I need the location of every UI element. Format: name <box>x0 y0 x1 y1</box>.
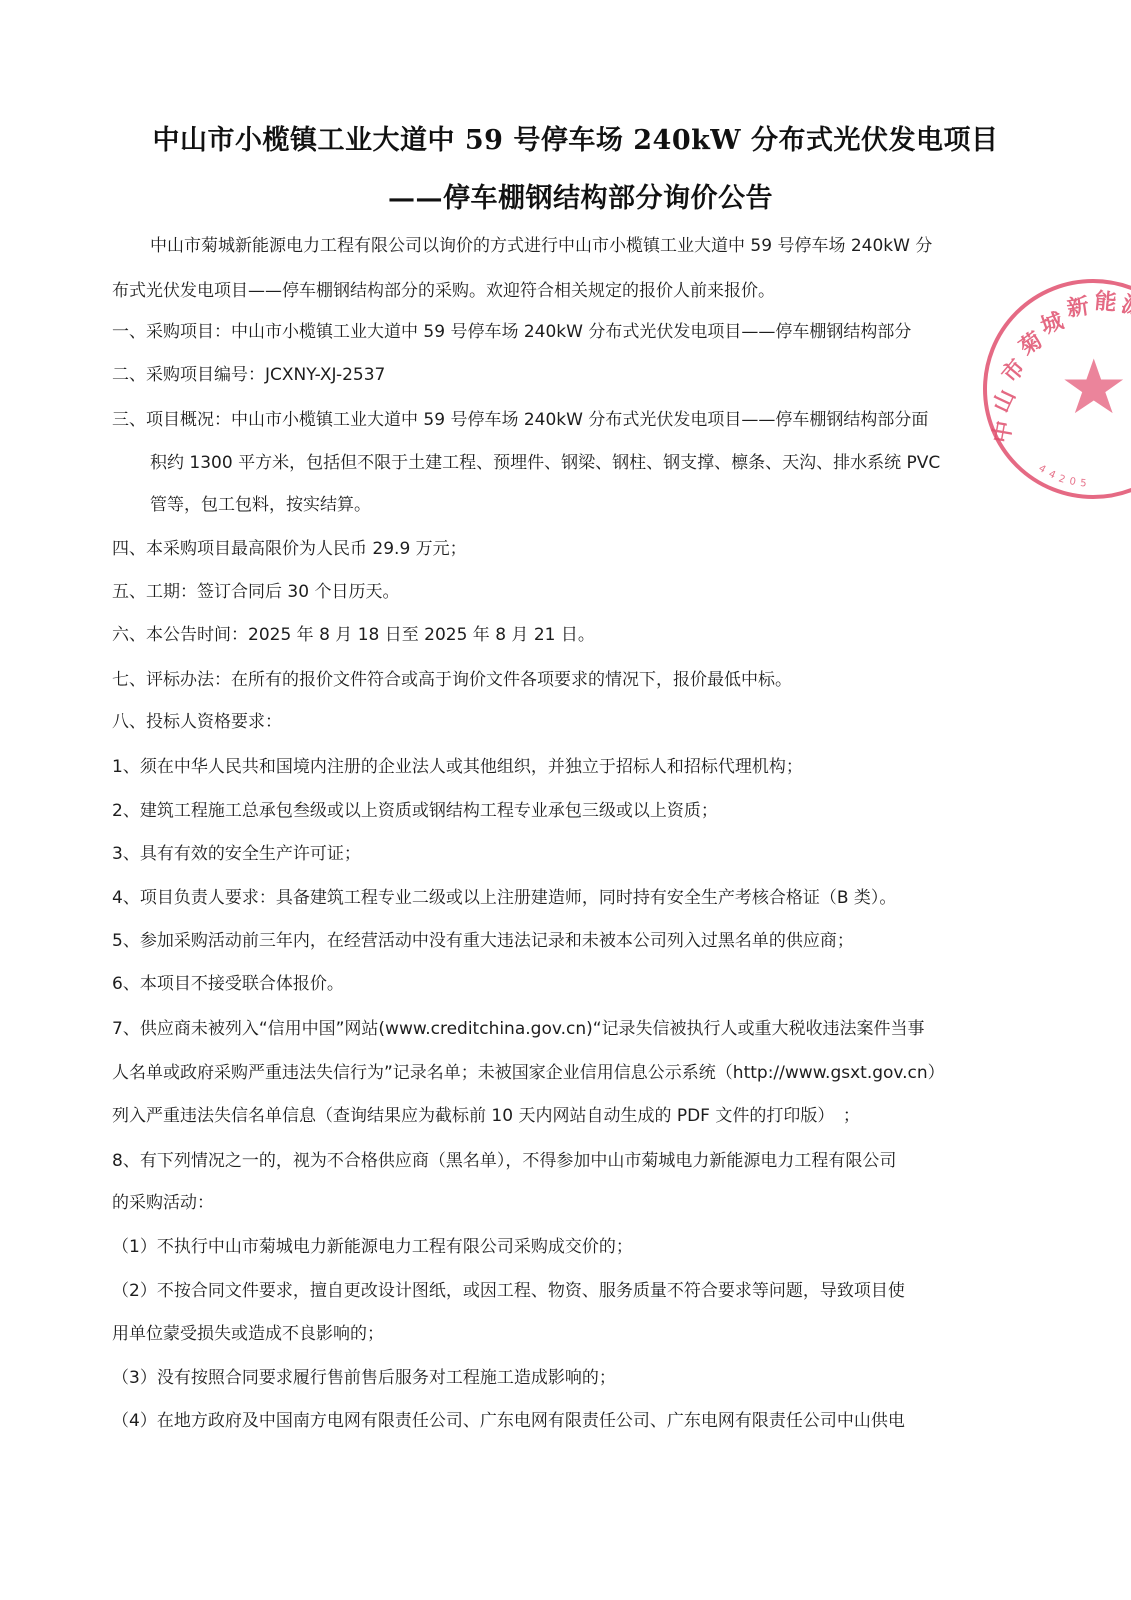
section-project-overview-line3: 管等，包工包料，按实结算。 <box>150 493 371 517</box>
blacklist-condition-2-line1: （2）不按合同文件要求，擅自更改设计图纸，或因工程、物资、服务质量不符合要求等问… <box>112 1279 905 1303</box>
requirement-8-line1: 8、有下列情况之一的，视为不合格供应商（黑名单），不得参加中山市菊城电力新能源电… <box>112 1149 896 1173</box>
document-title-line2: ——停车棚钢结构部分询价公告 <box>0 176 1131 215</box>
svg-text:能: 能 <box>1093 288 1117 316</box>
blacklist-condition-3: （3）没有按照合同要求履行售前售后服务对工程施工造成影响的； <box>112 1366 616 1390</box>
svg-text:市: 市 <box>997 354 1031 388</box>
requirement-5: 5、参加采购活动前三年内，在经营活动中没有重大违法记录和未被本公司列入过黑名单的… <box>112 929 854 953</box>
svg-text:中: 中 <box>988 419 1017 445</box>
document-title-line1: 中山市小榄镇工业大道中 59 号停车场 240kW 分布式光伏发电项目 <box>0 118 1131 157</box>
section-bidder-qualifications: 八、投标人资格要求： <box>112 710 282 734</box>
requirement-1: 1、须在中华人民共和国境内注册的企业法人或其他组织，并独立于招标人和招标代理机构… <box>112 755 803 779</box>
section-project-overview-line1: 三、项目概况：中山市小榄镇工业大道中 59 号停车场 240kW 分布式光伏发电… <box>112 408 928 432</box>
requirement-8-line2: 的采购活动： <box>112 1191 214 1215</box>
blacklist-condition-2-line2: 用单位蒙受损失或造成不良影响的； <box>112 1322 384 1346</box>
seal-icon: 中 山 市 菊 城 新 能 源 4 4 2 0 5 <box>978 274 1131 504</box>
svg-text:城: 城 <box>1037 308 1067 340</box>
svg-text:源: 源 <box>1118 291 1131 323</box>
intro-paragraph-line1: 中山市菊城新能源电力工程有限公司以询价的方式进行中山市小榄镇工业大道中 59 号… <box>150 234 932 258</box>
svg-text:4: 4 <box>1037 463 1048 476</box>
blacklist-condition-4: （4）在地方政府及中国南方电网有限责任公司、广东电网有限责任公司、广东电网有限责… <box>112 1409 905 1433</box>
section-project-overview-line2: 积约 1300 平方米，包括但不限于土建工程、预埋件、钢梁、钢柱、钢支撑、檩条、… <box>150 451 940 475</box>
svg-text:山: 山 <box>988 386 1021 417</box>
requirement-6: 6、本项目不接受联合体报价。 <box>112 972 344 996</box>
svg-text:0: 0 <box>1068 476 1076 488</box>
intro-paragraph-line2: 布式光伏发电项目——停车棚钢结构部分的采购。欢迎符合相关规定的报价人前来报价。 <box>112 279 775 303</box>
section-procurement-item: 一、采购项目：中山市小榄镇工业大道中 59 号停车场 240kW 分布式光伏发电… <box>112 320 911 344</box>
blacklist-condition-1: （1）不执行中山市菊城电力新能源电力工程有限公司采购成交价的； <box>112 1235 633 1259</box>
requirement-7-line2: 人名单或政府采购严重违法失信行为”记录名单；未被国家企业信用信息公示系统（htt… <box>112 1061 945 1085</box>
requirement-7-line3: 列入严重违法失信名单信息（查询结果应为截标前 10 天内网站自动生成的 PDF … <box>112 1104 860 1128</box>
requirement-3: 3、具有有效的安全生产许可证； <box>112 842 361 866</box>
svg-text:4: 4 <box>1047 469 1057 482</box>
requirement-2: 2、建筑工程施工总承包叁级或以上资质或钢结构工程专业承包三级或以上资质； <box>112 799 718 823</box>
svg-text:2: 2 <box>1057 473 1066 485</box>
section-announcement-period: 六、本公告时间：2025 年 8 月 18 日至 2025 年 8 月 21 日… <box>112 623 595 647</box>
svg-text:5: 5 <box>1080 478 1087 489</box>
section-procurement-number: 二、采购项目编号：JCXNY-XJ-2537 <box>112 363 385 387</box>
document-page: 中山市小榄镇工业大道中 59 号停车场 240kW 分布式光伏发电项目 ——停车… <box>0 0 1131 1600</box>
section-evaluation-method: 七、评标办法：在所有的报价文件符合或高于询价文件各项要求的情况下，报价最低中标。 <box>112 668 792 692</box>
requirement-7-line1: 7、供应商未被列入“信用中国”网站(www.creditchina.gov.cn… <box>112 1017 925 1041</box>
section-duration: 五、工期：签订合同后 30 个日历天。 <box>112 580 399 604</box>
section-price-cap: 四、本采购项目最高限价为人民币 29.9 万元； <box>112 537 467 561</box>
svg-text:新: 新 <box>1065 293 1090 322</box>
company-seal-stamp: 中 山 市 菊 城 新 能 源 4 4 2 0 5 <box>978 274 1131 504</box>
requirement-4: 4、项目负责人要求：具备建筑工程专业二级或以上注册建造师，同时持有安全生产考核合… <box>112 886 896 910</box>
